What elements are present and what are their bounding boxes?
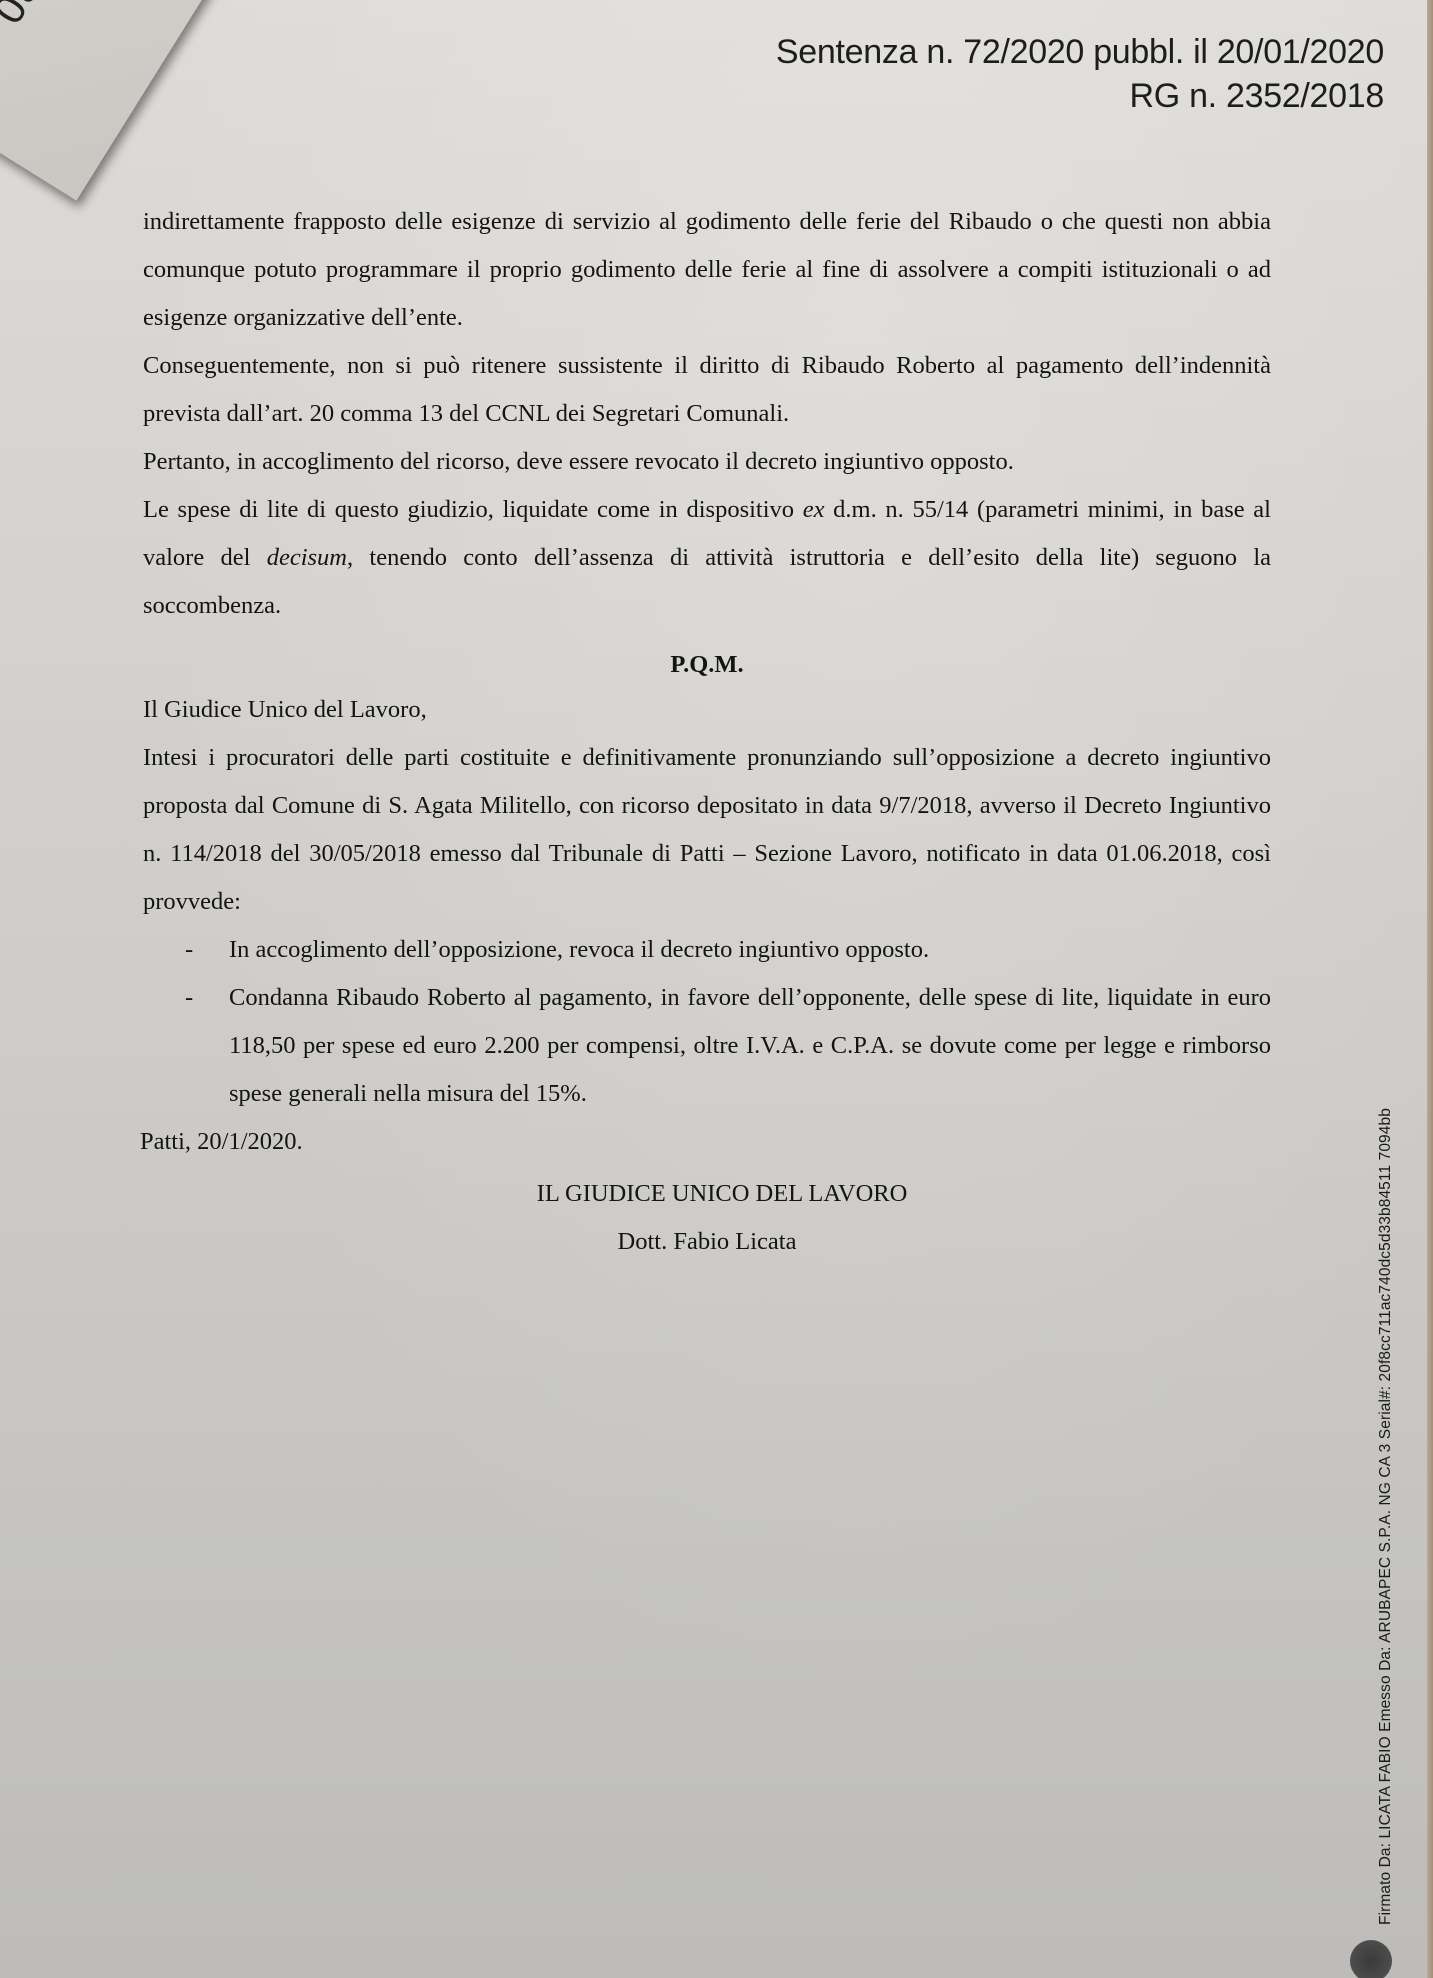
costs-italic-decisum: decisum: [267, 544, 347, 571]
document-header: Sentenza n. 72/2020 pubbl. il 20/01/2020…: [776, 30, 1384, 118]
hole-punch-mark: [1350, 1940, 1392, 1978]
ruling-paragraph: Intesi i procuratori delle parti costitu…: [143, 734, 1271, 926]
disposition-item: - In accoglimento dell’opposizione, revo…: [143, 926, 1271, 974]
document-page: 2/20 Sentenza n. 72/2020 pubbl. il 20/01…: [0, 0, 1427, 1978]
rg-number: RG n. 2352/2018: [776, 74, 1384, 118]
signature-title: IL GIUDICE UNICO DEL LAVORO: [173, 1170, 1271, 1218]
disposition-text: In accoglimento dell’opposizione, revoca…: [229, 936, 929, 963]
background-surface-edge: [1427, 0, 1433, 1978]
costs-text-part1: Le spese di lite di questo giudizio, liq…: [143, 496, 803, 523]
place-and-date: Patti, 20/1/2020.: [140, 1118, 1271, 1166]
signature-block: IL GIUDICE UNICO DEL LAVORO Dott. Fabio …: [143, 1170, 1271, 1266]
dispositions-list: - In accoglimento dell’opposizione, revo…: [143, 926, 1271, 1118]
dash-bullet-icon: -: [185, 926, 193, 974]
folded-previous-page-corner: 2/20: [0, 0, 214, 201]
document-body: indirettamente frapposto delle esigenze …: [143, 198, 1271, 1266]
judge-intro: Il Giudice Unico del Lavoro,: [143, 686, 1271, 734]
folded-corner-text: 2/20: [0, 0, 69, 33]
signature-name: Dott. Fabio Licata: [143, 1218, 1271, 1266]
costs-italic-ex: ex: [803, 496, 825, 523]
digital-signature-stamp: Firmato Da: LICATA FABIO Emesso Da: ARUB…: [1377, 1108, 1395, 1925]
sentence-number: Sentenza n. 72/2020 pubbl. il 20/01/2020: [776, 30, 1384, 74]
disposition-item: - Condanna Ribaudo Roberto al pagamento,…: [143, 974, 1271, 1118]
paragraph-therefore: Pertanto, in accoglimento del ricorso, d…: [143, 438, 1271, 486]
pqm-heading: P.Q.M.: [143, 630, 1271, 686]
paragraph-consequently: Conseguentemente, non si può ritenere su…: [143, 342, 1271, 438]
paragraph-holidays: indirettamente frapposto delle esigenze …: [143, 198, 1271, 342]
disposition-text: Condanna Ribaudo Roberto al pagamento, i…: [229, 984, 1271, 1107]
dash-bullet-icon: -: [185, 974, 193, 1022]
paragraph-costs: Le spese di lite di questo giudizio, liq…: [143, 486, 1271, 630]
